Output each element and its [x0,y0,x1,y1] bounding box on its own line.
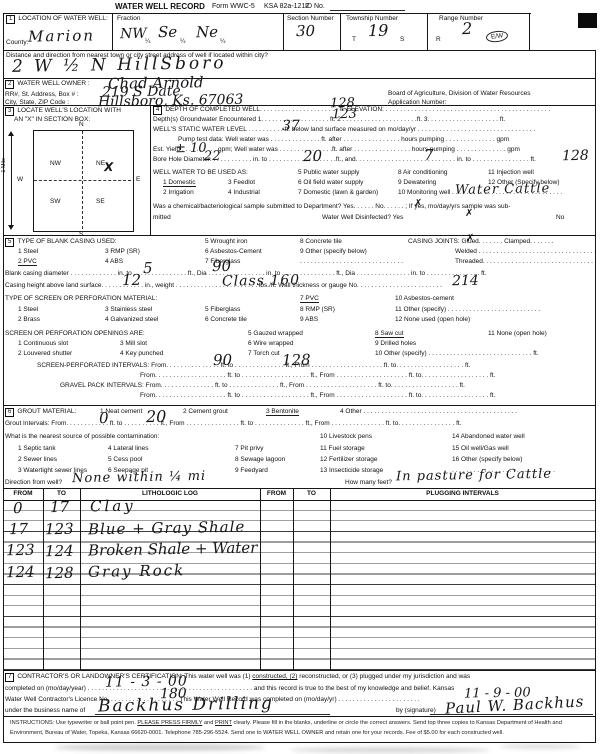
grout-intervals-line: Grout Intervals: From. . . . . . . . . .… [5,420,462,427]
sample-line: Was a chemical/bacteriological sample su… [153,203,510,210]
screen-interval-to: 128 [282,353,311,368]
screen-galvanized: 4 Galvanized steel [105,316,158,323]
section5-number: 5 [5,238,14,247]
casing-diameter-value: 5 [143,261,153,276]
litho-row2-from: 17 [9,522,28,537]
city-label: City, State, ZIP Code : [5,99,69,106]
table-v2 [80,488,81,670]
cont-feedyard: 9 Feedyard [235,467,268,474]
opening-none: 11 None (open hole) [488,330,547,337]
box1-col4 [427,13,428,50]
casing-pvc: 2 PVC [18,258,37,266]
bore-diam1-value: 22 [204,150,221,163]
box1-col2 [283,13,284,50]
col-from-1: FROM [3,490,43,497]
range-value: 2 [462,21,472,37]
business-name-value: Backhus Drilling [98,695,274,715]
fraction-q1-value: NW [120,27,147,41]
form-title: WATER WELL RECORD [115,2,205,11]
cont-abandoned: 14 Abandoned water well [452,433,525,440]
use-domestic-lawn: 7 Domestic (lawn & garden) [298,189,378,196]
use-public: 5 Public water supply [298,169,359,176]
township-value: 19 [368,23,389,39]
quarter-3: ¼ [220,38,225,45]
col-to-2: TO [293,490,330,497]
welded-line: Welded . . . . . . . . . . . . . . . . .… [455,248,596,255]
use-irrigation: 2 Irrigation [163,189,194,196]
feet-value: In pasture for Cattle [396,468,552,484]
sample-line2: mitted [153,214,171,221]
disinfected-no-label: No [556,214,564,221]
screen-stainless: 3 Stainless steel [105,306,152,313]
litho-row3-from: 123 [6,543,35,558]
fraction-q3-value: Ne [196,25,218,40]
signature-underline [430,714,593,715]
county-label: County: [6,39,28,46]
owner-title: 2WATER WELL OWNER : [5,80,90,89]
section3-title1: 3LOCATE WELL'S LOCATION WITH [5,107,121,116]
gravel-pack-line2: From. . . . . . . . . . . . . . . . . . … [140,392,495,399]
screen-material-title: TYPE OF SCREEN OR PERFORATION MATERIAL: [5,295,157,302]
groundwater-value: 123 [332,108,357,121]
screen-intervals-line2: From. . . . . . . . . . . . . . . . . . … [140,372,495,379]
cont-fertilizer: 12 Fertilizer storage [320,456,377,463]
opening-louvered: 2 Louvered shutter [18,350,72,357]
col-plugging-intervals: PLUGGING INTERVALS [330,490,595,497]
opening-other: 10 Other (specify) . . . . . . . . . . .… [375,350,539,357]
casing-wrought: 5 Wrought iron [205,238,248,245]
mile-arrow-up [8,131,14,136]
constructed-underlined: constructed, (2) [252,673,297,680]
section-number-value: 30 [296,24,315,39]
cont-pitprivy: 7 Pit privy [235,445,264,452]
screen-steel: 1 Steel [18,306,38,313]
use-feedlot: 3 Feedlot [228,179,255,186]
compass-n: N [79,121,84,128]
gravel-pack-line: GRAVEL PACK INTERVALS: From. . . . . . .… [60,382,465,389]
id-label: ID No. [305,3,325,11]
fraction-label: Fraction [117,15,140,22]
opening-wire: 6 Wire wrapped [248,340,294,347]
quadrant-sw: SW [50,198,60,205]
used-as-title: WELL WATER TO BE USED AS: [153,169,248,176]
litho-row3-desc: Broken Shale + Water [88,541,258,559]
casing-steel: 1 Steel [18,248,38,255]
litho-row3-to: 124 [45,544,74,559]
use-industrial: 4 Industrial [228,189,260,196]
divider-1 [3,50,596,51]
grout-cement: 2 Cement grout [183,408,228,415]
section7-number: 7 [5,673,14,682]
quarter-2: ¼ [180,38,185,45]
quadrant-nw: NW [50,160,61,167]
direction-label: Direction from well? [5,479,62,486]
cont-sewer: 2 Sewer lines [18,456,57,463]
col-lithologic-log: LITHOLOGIC LOG [80,490,260,497]
bore-depth2-value: 128 [562,149,589,163]
section-box-hmid [34,180,131,181]
table-v1 [43,488,44,670]
cont-oilwell: 15 Oil well/Gas well [452,445,509,452]
well-x-mark: X [104,161,113,173]
litho-row4-from: 124 [6,565,35,580]
litho-row4-desc: Gray Rock [88,563,185,580]
range-ew: E/W [486,31,508,42]
opening-torch: 7 Torch cut [248,350,280,357]
border-bottom [3,742,596,743]
casing-abs: 4 ABS [105,258,123,265]
screen-fiberglass: 5 Fiberglass [205,306,240,313]
county-value: Marion [28,28,95,44]
screen-brass: 2 Brass [18,316,40,323]
quadrant-se: SE [96,198,105,205]
grout-to-value: 20 [146,409,167,425]
grout-title: 6GROUT MATERIAL: [5,408,76,417]
disinfected-yes-checkmark: ✗ [465,209,474,219]
quarter-1: ¼ [145,38,150,45]
mile-arrow-down [8,225,14,230]
static-level-value: 37 [282,119,300,133]
litho-row1-to: 17 [50,500,69,515]
mile-arrow-line [11,136,12,225]
screen-pvc: 7 PVC [300,295,319,303]
use-monitoring: 10 Monitoring well [398,189,450,196]
address-label: RR#, St. Address, Box # : [5,91,79,98]
table-v3 [260,488,261,670]
grout-other: 4 Other . . . . . . . . . . . . . . . . … [340,408,517,415]
cont-lateral: 4 Lateral lines [108,445,148,452]
threaded-line: Threaded. . . . . . . . . . . . . . . . … [455,258,597,265]
one-mile-label: 1 Mile [1,158,7,173]
board-label: Board of Agriculture, Division of Water … [388,90,530,97]
box1-col3 [340,13,341,50]
section1-title: 1LOCATION OF WATER WELL: [6,15,108,24]
table-v5 [330,488,331,670]
screen-concrete: 6 Concrete tile [205,316,247,323]
screen-interval-from: 90 [213,353,232,368]
screen-asbestos: 10 Asbestos-cement [395,295,454,302]
box3-divider [150,105,151,235]
cont-livestock: 10 Livestock pens [320,433,372,440]
casing-height-value: 12 [122,273,141,288]
print-underlined: PRINT [215,720,232,726]
grout-bentonite: 3 Bentonite [266,408,299,416]
section4-number: 4 [153,106,162,115]
fraction-q2-value: Se [158,25,177,40]
box1-right [529,13,530,50]
use-dewatering: 9 Dewatering [398,179,436,186]
use-domestic: 1 Domestic [163,179,196,187]
how-many-feet-label: How many feet? [345,479,392,486]
cont-other: 16 Other (specify below) [452,456,522,463]
water-well-record-form: WATER WELL RECORD Form WWC-5 KSA 82a-121… [0,0,607,754]
cont-insecticide: 13 Insecticide storage [320,467,383,474]
divider-4 [3,235,596,236]
bore-depth1-value: 20 [303,149,322,164]
static-level-line: WELL'S STATIC WATER LEVEL . . . . . . . … [153,126,535,133]
cont-septic: 1 Septic tank [18,445,56,452]
box1-col1 [112,13,113,50]
divider-7 [3,670,596,671]
openings-title: SCREEN OR PERFORATION OPENINGS ARE: [5,330,145,337]
opening-keypunched: 4 Key punched [120,350,163,357]
cont-cesspool: 5 Cess pool [108,456,142,463]
litho-row4-to: 128 [45,566,74,581]
casing-depth-value: 90 [212,259,231,274]
ksa-label: KSA 82a-1212 [264,3,309,11]
glued-checkmark: ✗ [466,234,475,244]
section1-number: 1 [6,15,15,24]
registration-mark [578,13,597,28]
opening-millslot: 3 Mill slot [120,340,147,347]
screen-abs: 9 ABS [300,316,318,323]
casing-concrete: 8 Concrete tile [300,238,342,245]
grout-from-value: 0 [99,411,109,426]
certification-line1: 7CONTRACTOR'S OR LANDOWNER'S CERTIFICATI… [5,673,470,682]
divider-6 [3,488,596,489]
casing-weight-value: Class 160 [222,273,300,288]
use-injection: 11 Injection well [488,169,534,176]
instructions-line1: INSTRUCTIONS: Use typewriter or ball poi… [10,720,562,727]
id-underline [330,10,405,11]
press-firmly-underlined: PLEASE PRESS FIRMLY [137,720,202,726]
business-underline [95,714,330,715]
disinfected-label: Water Well Disinfected? Yes [322,214,403,221]
instructions-line2: Environment, Bureau of Water, Topeka, Ka… [10,730,504,737]
compass-e: E [136,176,140,183]
gauge-value: 214 [452,274,479,288]
screen-intervals-line: SCREEN-PERFORATED INTERVALS: From. . . .… [37,362,470,369]
contamination-title: What is the nearest source of possible c… [5,433,159,440]
litho-row2-desc: Blue + Gray Shale [88,520,246,538]
scan-smudge-1 [55,744,265,751]
cont-fuel: 11 Fuel storage [320,445,365,452]
screen-other: 11 Other (specify) . . . . . . . . . . .… [395,306,540,313]
casing-other-dots: . . . . . . . . . . . . . . . . . . . . … [300,258,403,265]
pump-test-line: Pump test data: Well water was . . . . .… [178,136,509,143]
table-v4 [293,488,294,670]
section6-number: 6 [5,408,14,417]
sample-no-checkmark: ✗ [414,199,423,209]
litho-row1-from: 0 [13,501,23,516]
screen-rmp: 8 RMP (SR) [300,306,335,313]
section3-number: 3 [5,107,14,116]
border-top [3,13,531,14]
opening-gauzed: 5 Gauzed wrapped [248,330,303,337]
direction-value: None within ¼ mi [72,470,206,485]
border-right [595,50,596,742]
litho-row1-desc: Clay [90,499,136,515]
use-other-value: Water Cattle [455,182,550,197]
casing-joints-line: CASING JOINTS: Glued. . . . . . . Clampe… [408,238,554,245]
litho-row2-to: 123 [45,522,74,537]
bore-diam2-value: 7 [424,148,434,163]
yield-value: ± 10 [175,142,207,156]
use-air: 8 Air conditioning [398,169,448,176]
business-name-label: under the business name of [5,707,85,714]
compass-w: W [17,176,23,183]
casing-title: 5TYPE OF BLANK CASING USED: [5,238,117,247]
casing-asbestos: 6 Asbestos-Cement [205,248,262,255]
screen-none: 12 None used (open hole) [395,316,470,323]
use-oilfield: 6 Oil field water supply [298,179,363,186]
opening-sawcut: 8 Saw cut [375,330,404,338]
divider-2 [3,78,596,79]
section-box [33,130,134,232]
opening-continuous: 1 Continuous slot [18,340,68,347]
township-t: T [352,36,356,43]
opening-drilled: 9 Drilled holes [375,340,416,347]
scan-smudge-3 [500,744,580,749]
range-r: R [436,36,441,43]
form-number: Form WWC-5 [212,3,255,11]
divider-8 [3,716,596,717]
scan-smudge-2 [290,747,490,753]
casing-rmp: 3 RMP (SR) [105,248,140,255]
certification-line2: completed on (mo/day/year) . . . . . . .… [5,685,454,692]
casing-other: 9 Other (specify below) [300,248,367,255]
township-s: S [400,36,404,43]
section2-number: 2 [5,80,14,89]
groundwater-line: Depth(s) Groundwater Encountered 1. . . … [153,116,505,123]
col-to-1: TO [43,490,80,497]
cont-lagoon: 8 Sewage lagoon [235,456,285,463]
divider-5 [3,405,596,406]
col-from-2: FROM [260,490,293,497]
